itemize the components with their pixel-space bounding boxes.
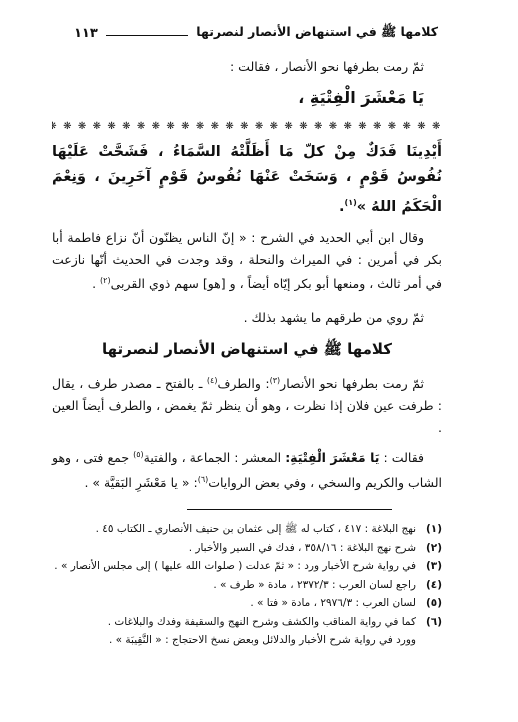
- paragraph-end: .: [92, 276, 100, 291]
- intro-line: ثمّ رمت بطرفها نحو الأنصار ، فقالت :: [52, 56, 442, 78]
- text: : « يا مَعْشَرِ البَقيَّة » .: [84, 475, 197, 490]
- paragraph-fityah: فقالت : يَا مَعْشَرَ الْفِتْيَةِ: المعشر…: [52, 444, 442, 493]
- footnote-4: (٤)راجع لسان العرب : ٢٣٧٢/٣ ، مادة « طرف…: [52, 576, 442, 595]
- footnote-separator: [52, 509, 442, 510]
- footnote-ref-1[interactable]: (١): [345, 198, 357, 207]
- main-text: ثمّ رمت بطرفها نحو الأنصار ، فقالت : يَا…: [52, 56, 442, 650]
- text: : والطرف: [217, 377, 269, 392]
- footnote-ref-4[interactable]: (٤): [207, 376, 218, 385]
- footnotes: (١)نهج البلاغة : ٤١٧ ، كتاب له ﷺ إلى عثم…: [52, 520, 442, 650]
- paragraph-text: وقال ابن أبي الحديد في الشرح : « إنّ الن…: [52, 230, 442, 291]
- footnote-ref-5[interactable]: (٥): [133, 450, 144, 459]
- footnote-3: (٣)في رواية شرح الأخبار ورد : « ثمّ عدلت…: [52, 557, 442, 576]
- quote-call: يَا مَعْشَرَ الْفِتْيَةِ ،: [52, 86, 442, 110]
- paragraph-ibn-abi-hadid: وقال ابن أبي الحديد في الشرح : « إنّ الن…: [52, 227, 442, 295]
- paragraph-narration: ثمّ روي من طرقهم ما يشهد بذلك .: [52, 307, 442, 329]
- page-number: ١١٣: [74, 26, 98, 41]
- footnote-ref-2[interactable]: (٢): [100, 276, 111, 285]
- running-title: كلامها ﷺ في استنهاض الأنصار لنصرتها: [196, 24, 438, 43]
- sermon-body: أَيْدِينَا فَدَكٌ مِنْ كلّ مَا أَظَلَّتْ…: [52, 144, 442, 215]
- footnote-ref-3[interactable]: (٣): [270, 376, 281, 385]
- footnote-6-continuation: وورد في رواية شرح الأخبار والدلائل وبعض …: [52, 631, 442, 650]
- sermon-text: أَيْدِينَا فَدَكٌ مِنْ كلّ مَا أَظَلَّتْ…: [52, 140, 442, 220]
- footnote-1: (١)نهج البلاغة : ٤١٧ ، كتاب له ﷺ إلى عثم…: [52, 520, 442, 539]
- footnote-6: (٦)كما في رواية المناقب والكشف وشرح النه…: [52, 613, 442, 632]
- text: المعشر : الجماعة ، والفتية: [144, 450, 286, 465]
- footnote-5: (٥)لسان العرب : ٢٩٧٦/٣ ، مادة « فتا » .: [52, 594, 442, 613]
- ornament-divider: ❋ ❋ ❋ ❋ ❋ ❋ ❋ ❋ ❋ ❋ ❋ ❋ ❋ ❋ ❋ ❋ ❋ ❋ ❋ ❋ …: [52, 120, 442, 134]
- text: فقالت :: [379, 450, 424, 465]
- paragraph-tarf: ثمّ رمت بطرفها نحو الأنصار(٣): والطرف(٤)…: [52, 370, 442, 438]
- book-page: كلامها ﷺ في استنهاض الأنصار لنصرتها ١١٣ …: [0, 0, 518, 722]
- text: ثمّ رمت بطرفها نحو الأنصار: [280, 377, 424, 392]
- section-heading: كلامها ﷺ في استنهاض الأنصار لنصرتها: [52, 340, 442, 362]
- header-rule: [106, 35, 188, 36]
- running-header: كلامها ﷺ في استنهاض الأنصار لنصرتها ١١٣: [74, 22, 438, 44]
- footnote-ref-6[interactable]: (٦): [198, 475, 209, 484]
- bold-term: يَا مَعْشَرَ الْفِتْيَةِ:: [285, 450, 379, 465]
- footnote-2: (٢)شرح نهج البلاغة : ٣٥٨/١٦ ، فدك في الس…: [52, 539, 442, 558]
